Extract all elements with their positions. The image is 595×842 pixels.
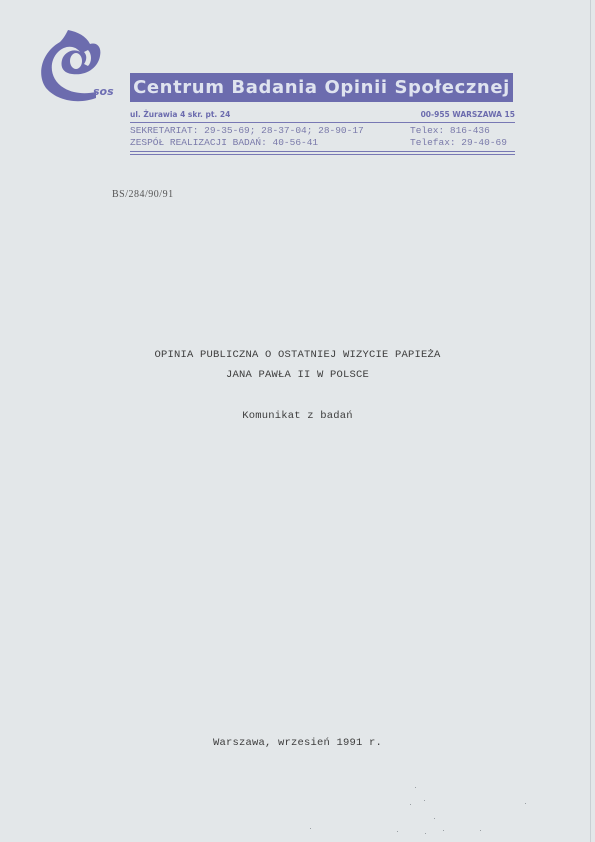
place-and-date: Warszawa, wrzesień 1991 r. — [0, 737, 595, 749]
document-subtitle: Komunikat z badań — [0, 410, 595, 422]
logo-text: sos — [93, 85, 114, 98]
telefax: Telefax: 29-40-69 — [410, 137, 507, 149]
street-address: ul. Żurawia 4 skr. pt. 24 — [130, 110, 230, 119]
contact-right-column: Telex: 816-436 Telefax: 29-40-69 — [410, 125, 507, 149]
postal-city: 00-955 WARSZAWA 15 — [421, 110, 515, 119]
contact-block: SEKRETARIAT: 29-35-69; 28-37-04; 28-90-1… — [130, 125, 515, 149]
institution-banner: Centrum Badania Opinii Społecznej — [130, 73, 513, 102]
divider-top — [130, 122, 515, 123]
document-title-line-2: JANA PAWŁA II W POLSCE — [0, 369, 595, 381]
document-title-line-1: OPINIA PUBLICZNA O OSTATNIEJ WIZYCIE PAP… — [0, 349, 595, 361]
divider-double-2 — [130, 154, 515, 155]
document-reference: BS/284/90/91 — [112, 189, 174, 200]
divider-double-1 — [130, 151, 515, 152]
address-row: ul. Żurawia 4 skr. pt. 24 00-955 WARSZAW… — [130, 110, 515, 119]
telex: Telex: 816-436 — [410, 125, 507, 137]
